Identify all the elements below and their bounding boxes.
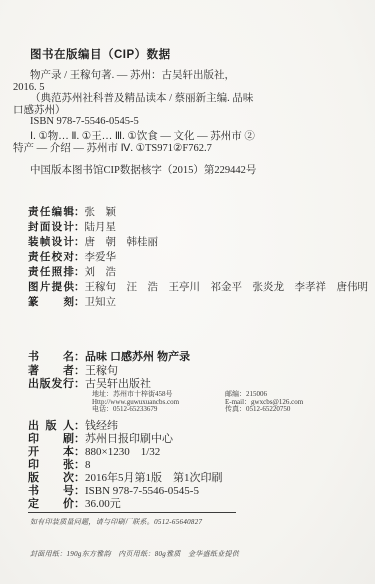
info-label: 开本: [28, 446, 74, 459]
credit-value: 刘 浩: [85, 267, 117, 278]
colon: ：: [74, 433, 85, 445]
colon: ：: [74, 236, 85, 248]
colon: ：: [74, 485, 85, 497]
info-label: 出版人: [28, 420, 74, 433]
cip-desc-line: （典范苏州社科普及精品读本 / 蔡丽新主编. 品味: [30, 93, 253, 105]
colon: ：: [74, 221, 85, 233]
printer-row: 印刷：苏州日报印刷中心: [28, 433, 223, 446]
sheets-value: 8: [85, 459, 91, 471]
price-value: 36.00元: [85, 498, 121, 510]
credit-label: 责任照排: [28, 265, 74, 279]
info-label: 版次: [28, 472, 74, 485]
book-title: 品味 口感苏州 物产录: [85, 351, 190, 363]
credit-value: 唐 朝 韩桂丽: [85, 237, 159, 248]
publisher-person-row: 出版人：钱经纬: [28, 420, 223, 433]
format-value: 880×1230 1/32: [85, 446, 160, 458]
price-row: 定价：36.00元: [28, 498, 223, 511]
publisher-fax: 传真：0512-65220750: [225, 406, 290, 414]
publisher-person: 钱经纬: [85, 420, 118, 432]
book-info-top: 书名：品味 口感苏州 物产录 著者：王稼句 出版发行：古吴轩出版社: [28, 351, 190, 392]
colon: ：: [74, 378, 85, 390]
credit-value: 李爱华: [85, 252, 117, 263]
isbn-row: 书号：ISBN 978-7-5546-0545-5: [28, 485, 223, 498]
isbn-value: ISBN 978-7-5546-0545-5: [85, 485, 199, 497]
cip-desc-line: 2016. 5: [13, 82, 253, 94]
info-label: 印刷: [28, 433, 74, 446]
book-copyright-page: 图书在版编目（CIP）数据 物产录 / 王稼句著. — 苏州：古吴轩出版社， 2…: [0, 0, 375, 584]
format-row: 开本：880×1230 1/32: [28, 446, 223, 459]
printer-name: 苏州日报印刷中心: [85, 433, 173, 445]
colon: ：: [74, 266, 85, 278]
cip-class-line: 特产 — 介绍 — 苏州市 Ⅳ. ①TS971②F762.7: [13, 143, 255, 155]
paper-stock-note: 封面用纸：190g东方雅韵 内页用纸：80g雅质 金华盛纸业提供: [30, 549, 239, 559]
credit-row: 责任照排：刘 浩: [28, 265, 368, 280]
cip-isbn-line: ISBN 978-7-5546-0545-5: [30, 116, 253, 128]
credit-row: 责任校对：李爱华: [28, 250, 368, 265]
print-quality-note: 如有印装质量问题，请与印刷厂联系。0512-65640827: [30, 517, 202, 527]
credit-value: 张 颖: [85, 207, 117, 218]
colon: ：: [74, 296, 85, 308]
credit-row: 图片提供：王稼句 汪 浩 王亭川 祁金平 张炎龙 李孝祥 唐伟明: [28, 280, 368, 295]
book-info-bottom: 出版人：钱经纬 印刷：苏州日报印刷中心 开本：880×1230 1/32 印张：…: [28, 420, 223, 511]
credit-row: 责任编辑：张 颖: [28, 205, 368, 220]
cip-desc-line: 物产录 / 王稼句著. — 苏州：古吴轩出版社，: [30, 70, 253, 82]
credit-row: 篆刻：卫知立: [28, 295, 368, 310]
credit-label: 篆刻: [28, 295, 74, 309]
cip-classification: Ⅰ. ①物… Ⅱ. ①王… Ⅲ. ①饮食 — 文化 — 苏州市 ② 特产 — 介…: [13, 131, 255, 154]
info-label: 书号: [28, 485, 74, 498]
sheets-row: 印张：8: [28, 459, 223, 472]
colon: ：: [74, 351, 85, 363]
credit-value: 卫知立: [85, 297, 117, 308]
credit-label: 装帧设计: [28, 235, 74, 249]
credit-label: 责任编辑: [28, 205, 74, 219]
credits-block: 责任编辑：张 颖 封面设计：陆月星 装帧设计：唐 朝 韩桂丽 责任校对：李爱华 …: [28, 205, 368, 310]
cip-header: 图书在版编目（CIP）数据: [30, 46, 171, 62]
colon: ：: [74, 281, 85, 293]
info-label: 著者: [28, 365, 74, 379]
book-title-row: 书名：品味 口感苏州 物产录: [28, 351, 190, 365]
cip-desc-line: 口感苏州）: [13, 105, 253, 117]
divider-rule: [28, 512, 236, 513]
credit-value: 王稼句 汪 浩 王亭川 祁金平 张炎龙 李孝祥 唐伟明: [85, 282, 369, 293]
edition-value: 2016年5月第1版 第1次印刷: [85, 472, 223, 484]
cip-record-number: 中国版本图书馆CIP数据核字（2015）第229442号: [30, 162, 256, 177]
credit-row: 装帧设计：唐 朝 韩桂丽: [28, 235, 368, 250]
info-label: 出版发行: [28, 378, 74, 392]
colon: ：: [74, 420, 85, 432]
colon: ：: [74, 498, 85, 510]
author-row: 著者：王稼句: [28, 365, 190, 379]
credit-label: 封面设计: [28, 220, 74, 234]
info-label: 书名: [28, 351, 74, 365]
credit-label: 图片提供: [28, 280, 74, 294]
colon: ：: [74, 446, 85, 458]
credit-value: 陆月星: [85, 222, 117, 233]
colon: ：: [74, 472, 85, 484]
colon: ：: [74, 365, 85, 377]
author-name: 王稼句: [85, 365, 118, 377]
colon: ：: [74, 251, 85, 263]
colon: ：: [74, 459, 85, 471]
cip-class-line: Ⅰ. ①物… Ⅱ. ①王… Ⅲ. ①饮食 — 文化 — 苏州市 ②: [30, 131, 255, 143]
edition-row: 版次：2016年5月第1版 第1次印刷: [28, 472, 223, 485]
info-label: 定价: [28, 498, 74, 511]
contact-row: 电话：0512-65233679传真：0512-65220750: [92, 406, 303, 414]
publisher-contact-block: 地址：苏州市十梓街458号邮编：215006 Http://www.guwuxu…: [92, 391, 303, 414]
credit-label: 责任校对: [28, 250, 74, 264]
cip-description: 物产录 / 王稼句著. — 苏州：古吴轩出版社， 2016. 5 （典范苏州社科…: [13, 70, 253, 128]
publisher-phone: 电话：0512-65233679: [92, 406, 225, 414]
colon: ：: [74, 206, 85, 218]
publisher-name: 古吴轩出版社: [85, 378, 151, 390]
credit-row: 封面设计：陆月星: [28, 220, 368, 235]
info-label: 印张: [28, 459, 74, 472]
